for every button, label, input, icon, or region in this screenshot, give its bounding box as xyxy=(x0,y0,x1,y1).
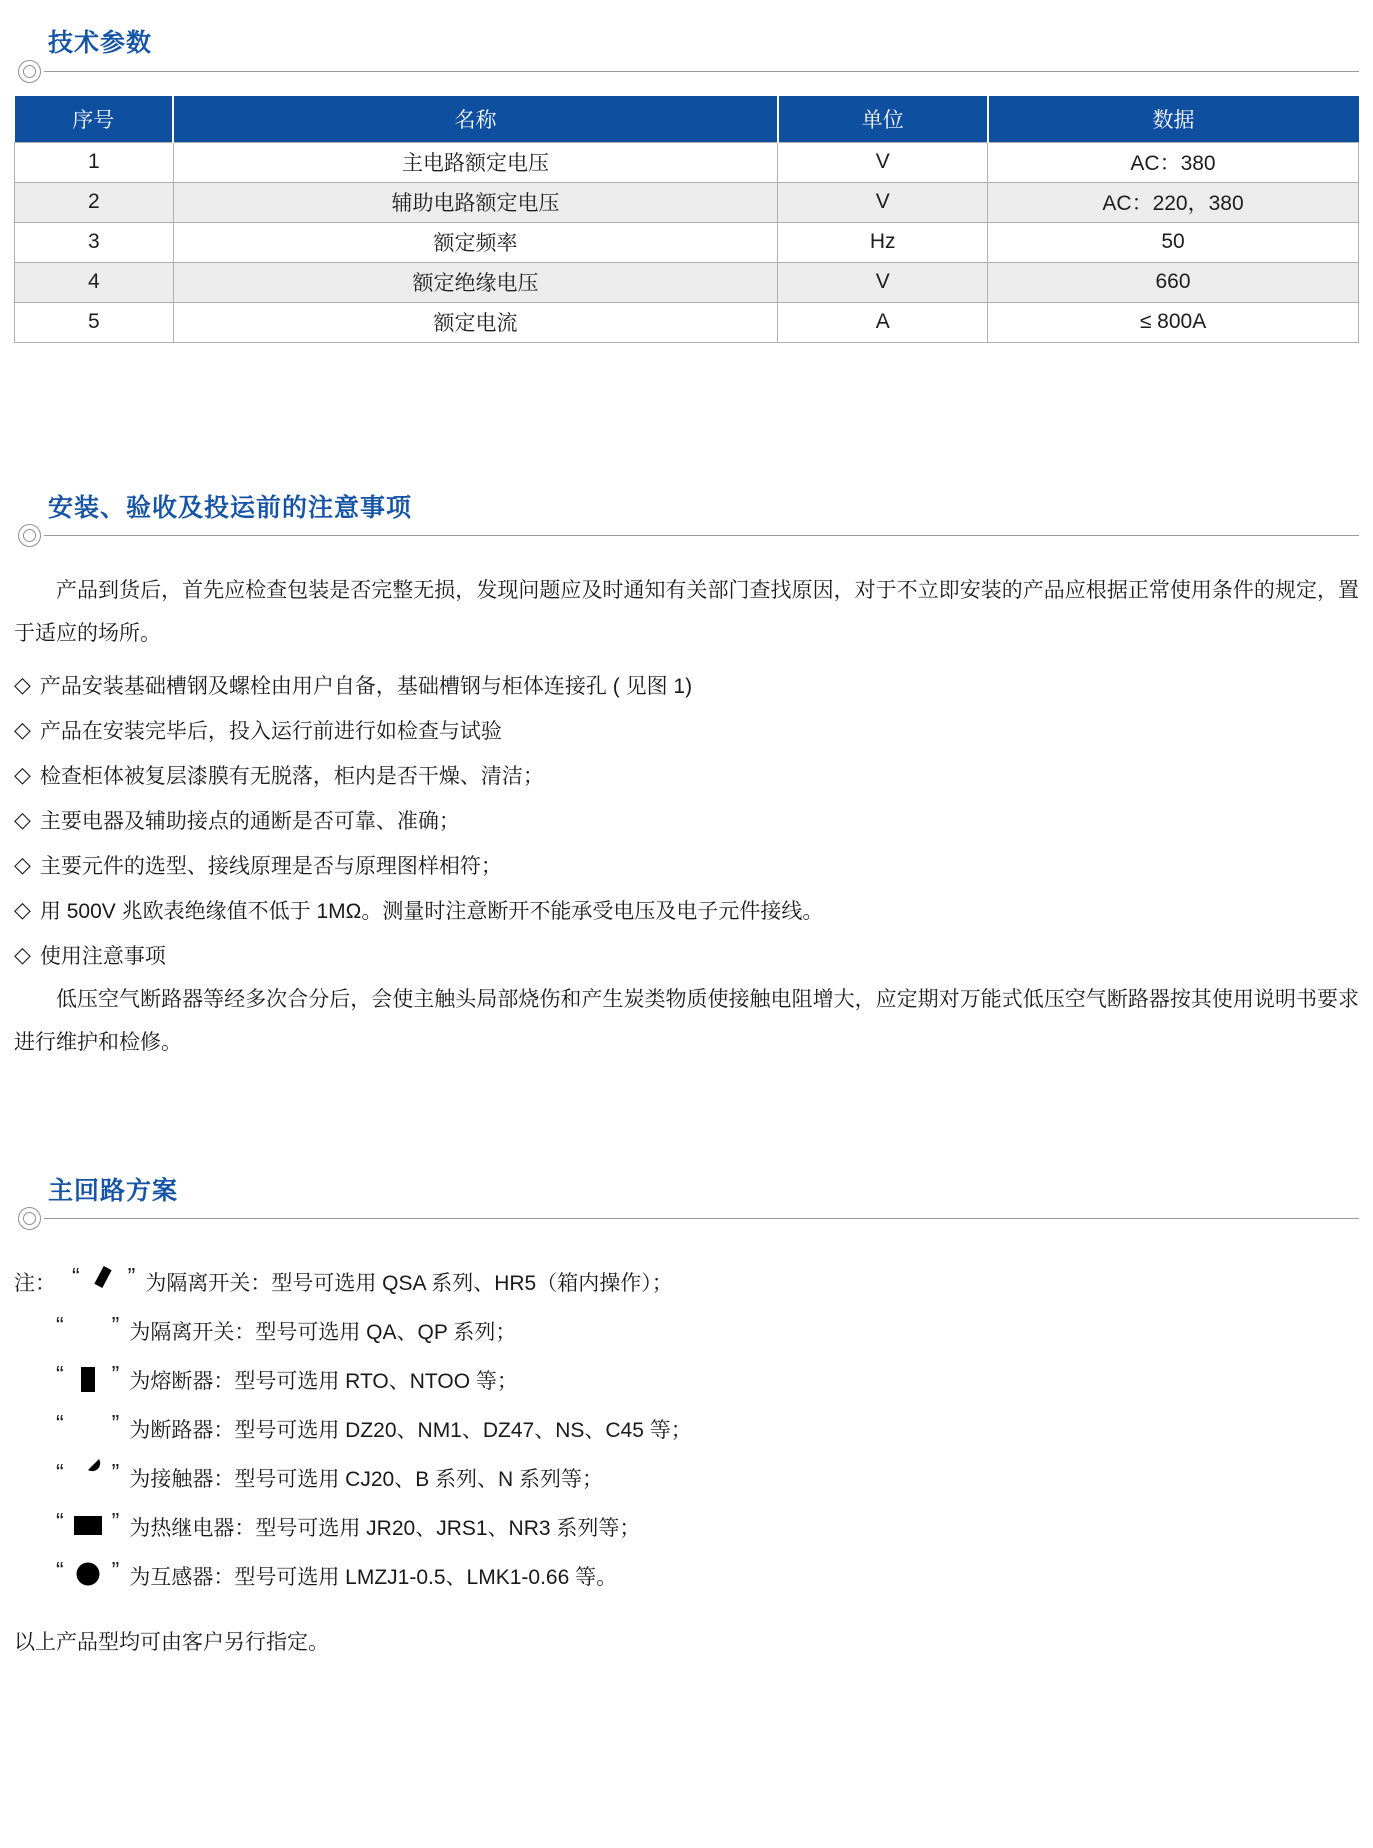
ring-icon xyxy=(18,1207,41,1230)
open-quote: “ xyxy=(56,1410,64,1437)
open-quote: “ xyxy=(56,1361,64,1388)
close-quote: ” xyxy=(112,1508,120,1535)
table-cell: 主电路额定电压 xyxy=(173,142,778,182)
close-quote: ” xyxy=(128,1263,136,1290)
list-item: ◇用 500V 兆欧表绝缘值不低于 1MΩ。测量时注意断开不能承受电压及电子元件… xyxy=(14,888,1359,933)
circuit-breaker-icon xyxy=(64,1405,112,1454)
table-cell: 额定绝缘电压 xyxy=(173,262,778,302)
rule-line xyxy=(44,1218,1359,1219)
section-install-header: 安装、验收及投运前的注意事项 xyxy=(14,493,1359,549)
knife-switch-icon xyxy=(64,1307,112,1356)
close-quote: ” xyxy=(112,1361,120,1388)
section-rule xyxy=(18,1206,1359,1232)
table-cell: 50 xyxy=(988,222,1359,262)
diamond-bullet-icon: ◇ xyxy=(14,897,31,923)
list-item: ◇主要电器及辅助接点的通断是否可靠、准确； xyxy=(14,798,1359,843)
legend-item-text: 为隔离开关：型号可选用 QSA 系列、HR5（箱内操作）； xyxy=(145,1267,672,1297)
section-tech-params-header: 技术参数 xyxy=(14,28,1359,84)
install-paragraph-2: 低压空气断路器等经多次合分后，会使主触头局部烧伤和产生炭类物质使接触电阻增大，应… xyxy=(14,978,1359,1064)
table-cell: AC：220，380 xyxy=(988,182,1359,222)
install-paragraph-1: 产品到货后，首先应检查包装是否完整无损，发现问题应及时通知有关部门查找原因，对于… xyxy=(14,569,1359,655)
diamond-bullet-icon: ◇ xyxy=(14,762,31,788)
section-rule xyxy=(18,58,1359,84)
list-item-text: 产品安装基础槽钢及螺栓由用户自备，基础槽钢与柜体连接孔 ( 见图 1) xyxy=(40,670,692,700)
table-cell: 额定频率 xyxy=(173,222,778,262)
list-item: ◇产品在安装完毕后，投入运行前进行如检查与试验 xyxy=(14,708,1359,753)
table-cell: V xyxy=(778,182,988,222)
section-circuit-header: 主回路方案 xyxy=(14,1176,1359,1232)
open-quote: “ xyxy=(56,1312,64,1339)
table-cell: Hz xyxy=(778,222,988,262)
diamond-bullet-icon: ◇ xyxy=(14,672,31,698)
thermal-relay-icon xyxy=(64,1503,112,1552)
rule-line xyxy=(44,535,1359,536)
table-cell: 660 xyxy=(988,262,1359,302)
table-header-cell: 序号 xyxy=(15,96,174,142)
table-cell: 5 xyxy=(15,302,174,342)
list-item-text: 使用注意事项 xyxy=(40,940,166,970)
list-item-text: 主要电器及辅助接点的通断是否可靠、准确； xyxy=(40,805,460,835)
legend-item: 注：“ ”为隔离开关：型号可选用 QSA 系列、HR5（箱内操作）； xyxy=(14,1258,1359,1307)
ring-icon xyxy=(18,60,41,83)
list-item: ◇产品安装基础槽钢及螺栓由用户自备，基础槽钢与柜体连接孔 ( 见图 1) xyxy=(14,663,1359,708)
ring-icon xyxy=(18,524,41,547)
table-cell: 1 xyxy=(15,142,174,182)
section-title-circuit: 主回路方案 xyxy=(48,1176,1359,1206)
current-transformer-icon xyxy=(64,1552,112,1601)
list-item-text: 检查柜体被复层漆膜有无脱落，柜内是否干燥、清洁； xyxy=(40,760,544,790)
legend-item: “ ”为接触器：型号可选用 CJ20、B 系列、N 系列等； xyxy=(14,1454,1359,1503)
section-title-install: 安装、验收及投运前的注意事项 xyxy=(48,493,1359,523)
close-quote: ” xyxy=(112,1557,120,1584)
legend-item: “ ”为隔离开关：型号可选用 QA、QP 系列； xyxy=(14,1307,1359,1356)
legend-item-text: 为互感器：型号可选用 LMZJ1-0.5、LMK1-0.66 等。 xyxy=(129,1561,617,1591)
legend-list: 注：“ ”为隔离开关：型号可选用 QSA 系列、HR5（箱内操作）；“ ”为隔离… xyxy=(14,1258,1359,1601)
table-row: 2辅助电路额定电压VAC：220，380 xyxy=(15,182,1359,222)
diamond-bullet-icon: ◇ xyxy=(14,807,31,833)
close-quote: ” xyxy=(112,1312,120,1339)
table-header-cell: 数据 xyxy=(988,96,1359,142)
legend-item: “ ”为互感器：型号可选用 LMZJ1-0.5、LMK1-0.66 等。 xyxy=(14,1552,1359,1601)
notes-list: ◇产品安装基础槽钢及螺栓由用户自备，基础槽钢与柜体连接孔 ( 见图 1)◇产品在… xyxy=(14,663,1359,978)
table-cell: V xyxy=(778,142,988,182)
legend-item-text: 为接触器：型号可选用 CJ20、B 系列、N 系列等； xyxy=(129,1463,603,1493)
list-item-text: 产品在安装完毕后，投入运行前进行如检查与试验 xyxy=(40,715,502,745)
note-prefix: 注： xyxy=(14,1267,72,1297)
params-table-head-row: 序号名称单位数据 xyxy=(15,96,1359,142)
table-cell: 额定电流 xyxy=(173,302,778,342)
legend-footer: 以上产品型均可由客户另行指定。 xyxy=(14,1621,1359,1664)
table-row: 4额定绝缘电压V660 xyxy=(15,262,1359,302)
open-quote: “ xyxy=(72,1263,80,1290)
close-quote: ” xyxy=(112,1410,120,1437)
table-cell: 辅助电路额定电压 xyxy=(173,182,778,222)
legend-item: “ ”为断路器：型号可选用 DZ20、NM1、DZ47、NS、C45 等； xyxy=(14,1405,1359,1454)
table-cell: 4 xyxy=(15,262,174,302)
table-cell: V xyxy=(778,262,988,302)
table-row: 5额定电流A≤ 800A xyxy=(15,302,1359,342)
legend-item-text: 为热继电器：型号可选用 JR20、JRS1、NR3 系列等； xyxy=(129,1512,640,1542)
legend-item: “ ”为热继电器：型号可选用 JR20、JRS1、NR3 系列等； xyxy=(14,1503,1359,1552)
diamond-bullet-icon: ◇ xyxy=(14,942,31,968)
table-cell: ≤ 800A xyxy=(988,302,1359,342)
legend-item-text: 为隔离开关：型号可选用 QA、QP 系列； xyxy=(129,1316,516,1346)
close-quote: ” xyxy=(112,1459,120,1486)
params-table-body: 1主电路额定电压VAC：3802辅助电路额定电压VAC：220，3803额定频率… xyxy=(15,142,1359,342)
list-item-text: 主要元件的选型、接线原理是否与原理图样相符； xyxy=(40,850,502,880)
list-item-text: 用 500V 兆欧表绝缘值不低于 1MΩ。测量时注意断开不能承受电压及电子元件接… xyxy=(40,895,823,925)
catalog-page: 技术参数 序号名称单位数据 1主电路额定电压VAC：3802辅助电路额定电压VA… xyxy=(0,0,1373,1848)
legend-item-text: 为断路器：型号可选用 DZ20、NM1、DZ47、NS、C45 等； xyxy=(129,1414,691,1444)
open-quote: “ xyxy=(56,1557,64,1584)
diamond-bullet-icon: ◇ xyxy=(14,852,31,878)
fused-disconnect-switch-icon xyxy=(80,1258,128,1307)
list-item: ◇主要元件的选型、接线原理是否与原理图样相符； xyxy=(14,843,1359,888)
list-item: ◇检查柜体被复层漆膜有无脱落，柜内是否干燥、清洁； xyxy=(14,753,1359,798)
legend-item-text: 为熔断器：型号可选用 RTO、NTOO 等； xyxy=(129,1365,518,1395)
list-item: ◇使用注意事项 xyxy=(14,933,1359,978)
section-title-tech-params: 技术参数 xyxy=(48,28,1359,58)
fuse-icon xyxy=(64,1356,112,1405)
table-cell: 2 xyxy=(15,182,174,222)
tech-params-table: 序号名称单位数据 1主电路额定电压VAC：3802辅助电路额定电压VAC：220… xyxy=(14,96,1359,343)
table-cell: A xyxy=(778,302,988,342)
contactor-icon xyxy=(64,1454,112,1503)
rule-line xyxy=(44,71,1359,72)
table-row: 3额定频率Hz50 xyxy=(15,222,1359,262)
table-row: 1主电路额定电压VAC：380 xyxy=(15,142,1359,182)
table-header-cell: 名称 xyxy=(173,96,778,142)
table-cell: AC：380 xyxy=(988,142,1359,182)
table-header-cell: 单位 xyxy=(778,96,988,142)
table-cell: 3 xyxy=(15,222,174,262)
open-quote: “ xyxy=(56,1459,64,1486)
legend-item: “ ”为熔断器：型号可选用 RTO、NTOO 等； xyxy=(14,1356,1359,1405)
open-quote: “ xyxy=(56,1508,64,1535)
section-rule xyxy=(18,523,1359,549)
diamond-bullet-icon: ◇ xyxy=(14,717,31,743)
